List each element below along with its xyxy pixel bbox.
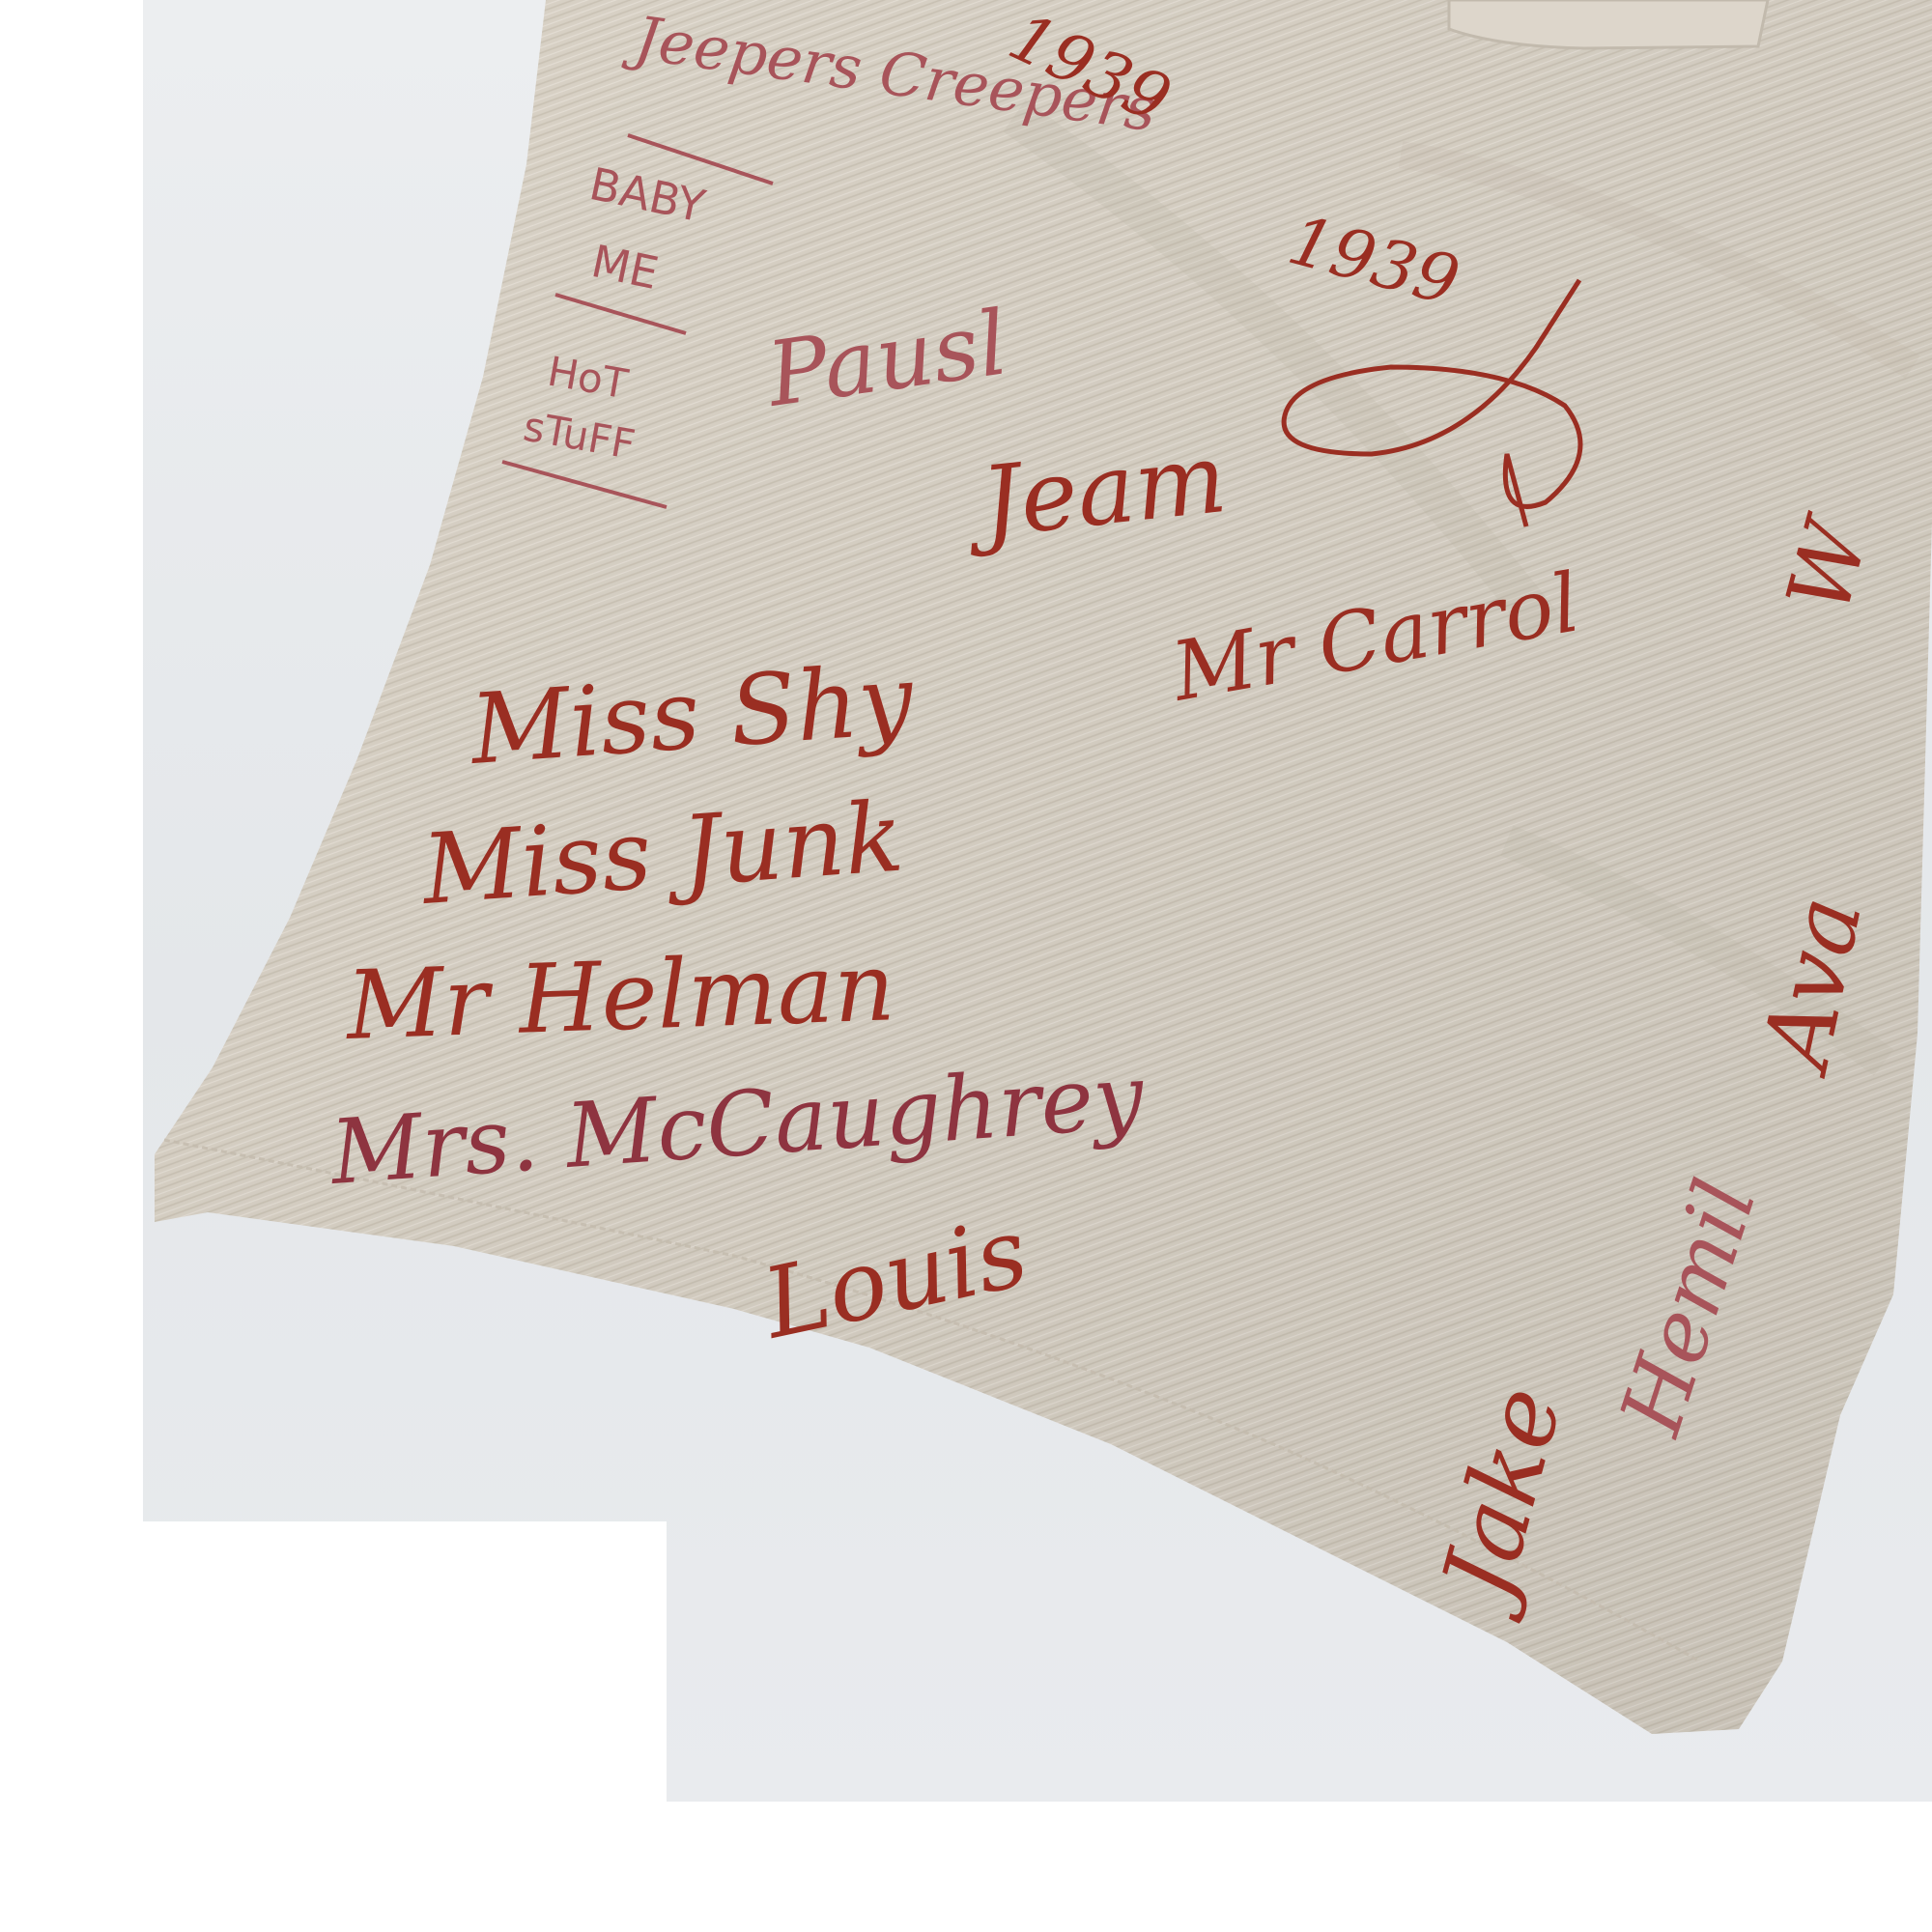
fabric-panel: Jeepers Creepers 1939 BABY ME HoT sTuFF … [0, 0, 1932, 1932]
pocket-flap [1449, 0, 1768, 48]
photo-stage: Jeepers Creepers 1939 BABY ME HoT sTuFF … [0, 0, 1932, 1932]
garment: Jeepers Creepers 1939 BABY ME HoT sTuFF … [0, 0, 1932, 1932]
embroidery-mr-helman: Mr Helman [343, 932, 896, 1062]
